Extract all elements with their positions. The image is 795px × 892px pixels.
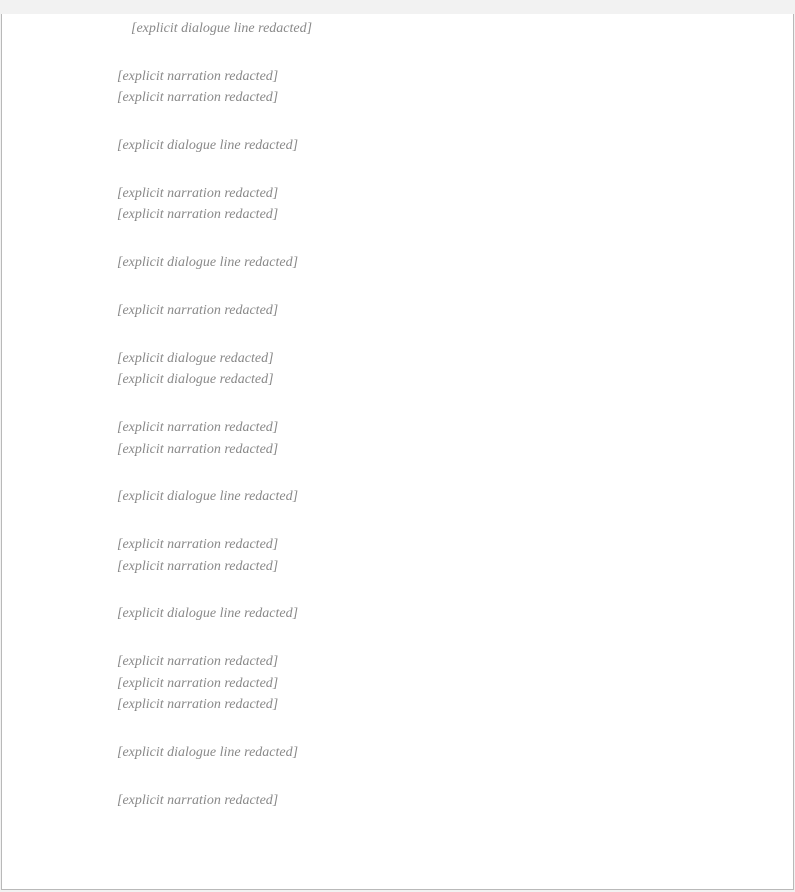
redacted-text: [explicit dialogue line redacted]: [131, 21, 312, 36]
redacted-text: [explicit narration redacted] [explicit …: [117, 420, 278, 457]
redacted-text: [explicit narration redacted] [explicit …: [117, 186, 278, 223]
paragraph: [explicit dialogue line redacted]: [117, 252, 733, 274]
paragraph: [explicit narration redacted]: [117, 790, 733, 812]
paragraph: [explicit dialogue line redacted]: [117, 18, 733, 40]
redacted-text: [explicit dialogue line redacted]: [117, 489, 298, 504]
paragraph: [explicit dialogue redacted] [explicit d…: [117, 348, 733, 391]
redacted-text: [explicit narration redacted] [explicit …: [117, 654, 278, 712]
redacted-text: [explicit dialogue redacted] [explicit d…: [117, 351, 274, 388]
paragraph: [explicit narration redacted] [explicit …: [117, 417, 733, 460]
redacted-text: [explicit dialogue line redacted]: [117, 138, 298, 153]
document-content: [explicit dialogue line redacted][explic…: [2, 14, 793, 811]
paragraph: [explicit narration redacted] [explicit …: [117, 534, 733, 577]
redacted-text: [explicit narration redacted] [explicit …: [117, 69, 278, 106]
redacted-text: [explicit dialogue line redacted]: [117, 255, 298, 270]
redacted-text: [explicit narration redacted]: [117, 303, 278, 318]
paragraph: [explicit narration redacted] [explicit …: [117, 66, 733, 109]
redacted-text: [explicit narration redacted]: [117, 793, 278, 808]
redacted-text: [explicit dialogue line redacted]: [117, 745, 298, 760]
paragraph: [explicit dialogue line redacted]: [117, 135, 733, 157]
redacted-text: [explicit dialogue line redacted]: [117, 606, 298, 621]
document-page: [explicit dialogue line redacted][explic…: [1, 14, 794, 890]
paragraph: [explicit narration redacted] [explicit …: [117, 651, 733, 716]
paragraph: [explicit dialogue line redacted]: [117, 603, 733, 625]
paragraph: [explicit narration redacted]: [117, 300, 733, 322]
paragraph: [explicit narration redacted] [explicit …: [117, 183, 733, 226]
paragraph: [explicit dialogue line redacted]: [117, 742, 733, 764]
paragraph: [explicit dialogue line redacted]: [117, 486, 733, 508]
redacted-text: [explicit narration redacted] [explicit …: [117, 537, 278, 574]
